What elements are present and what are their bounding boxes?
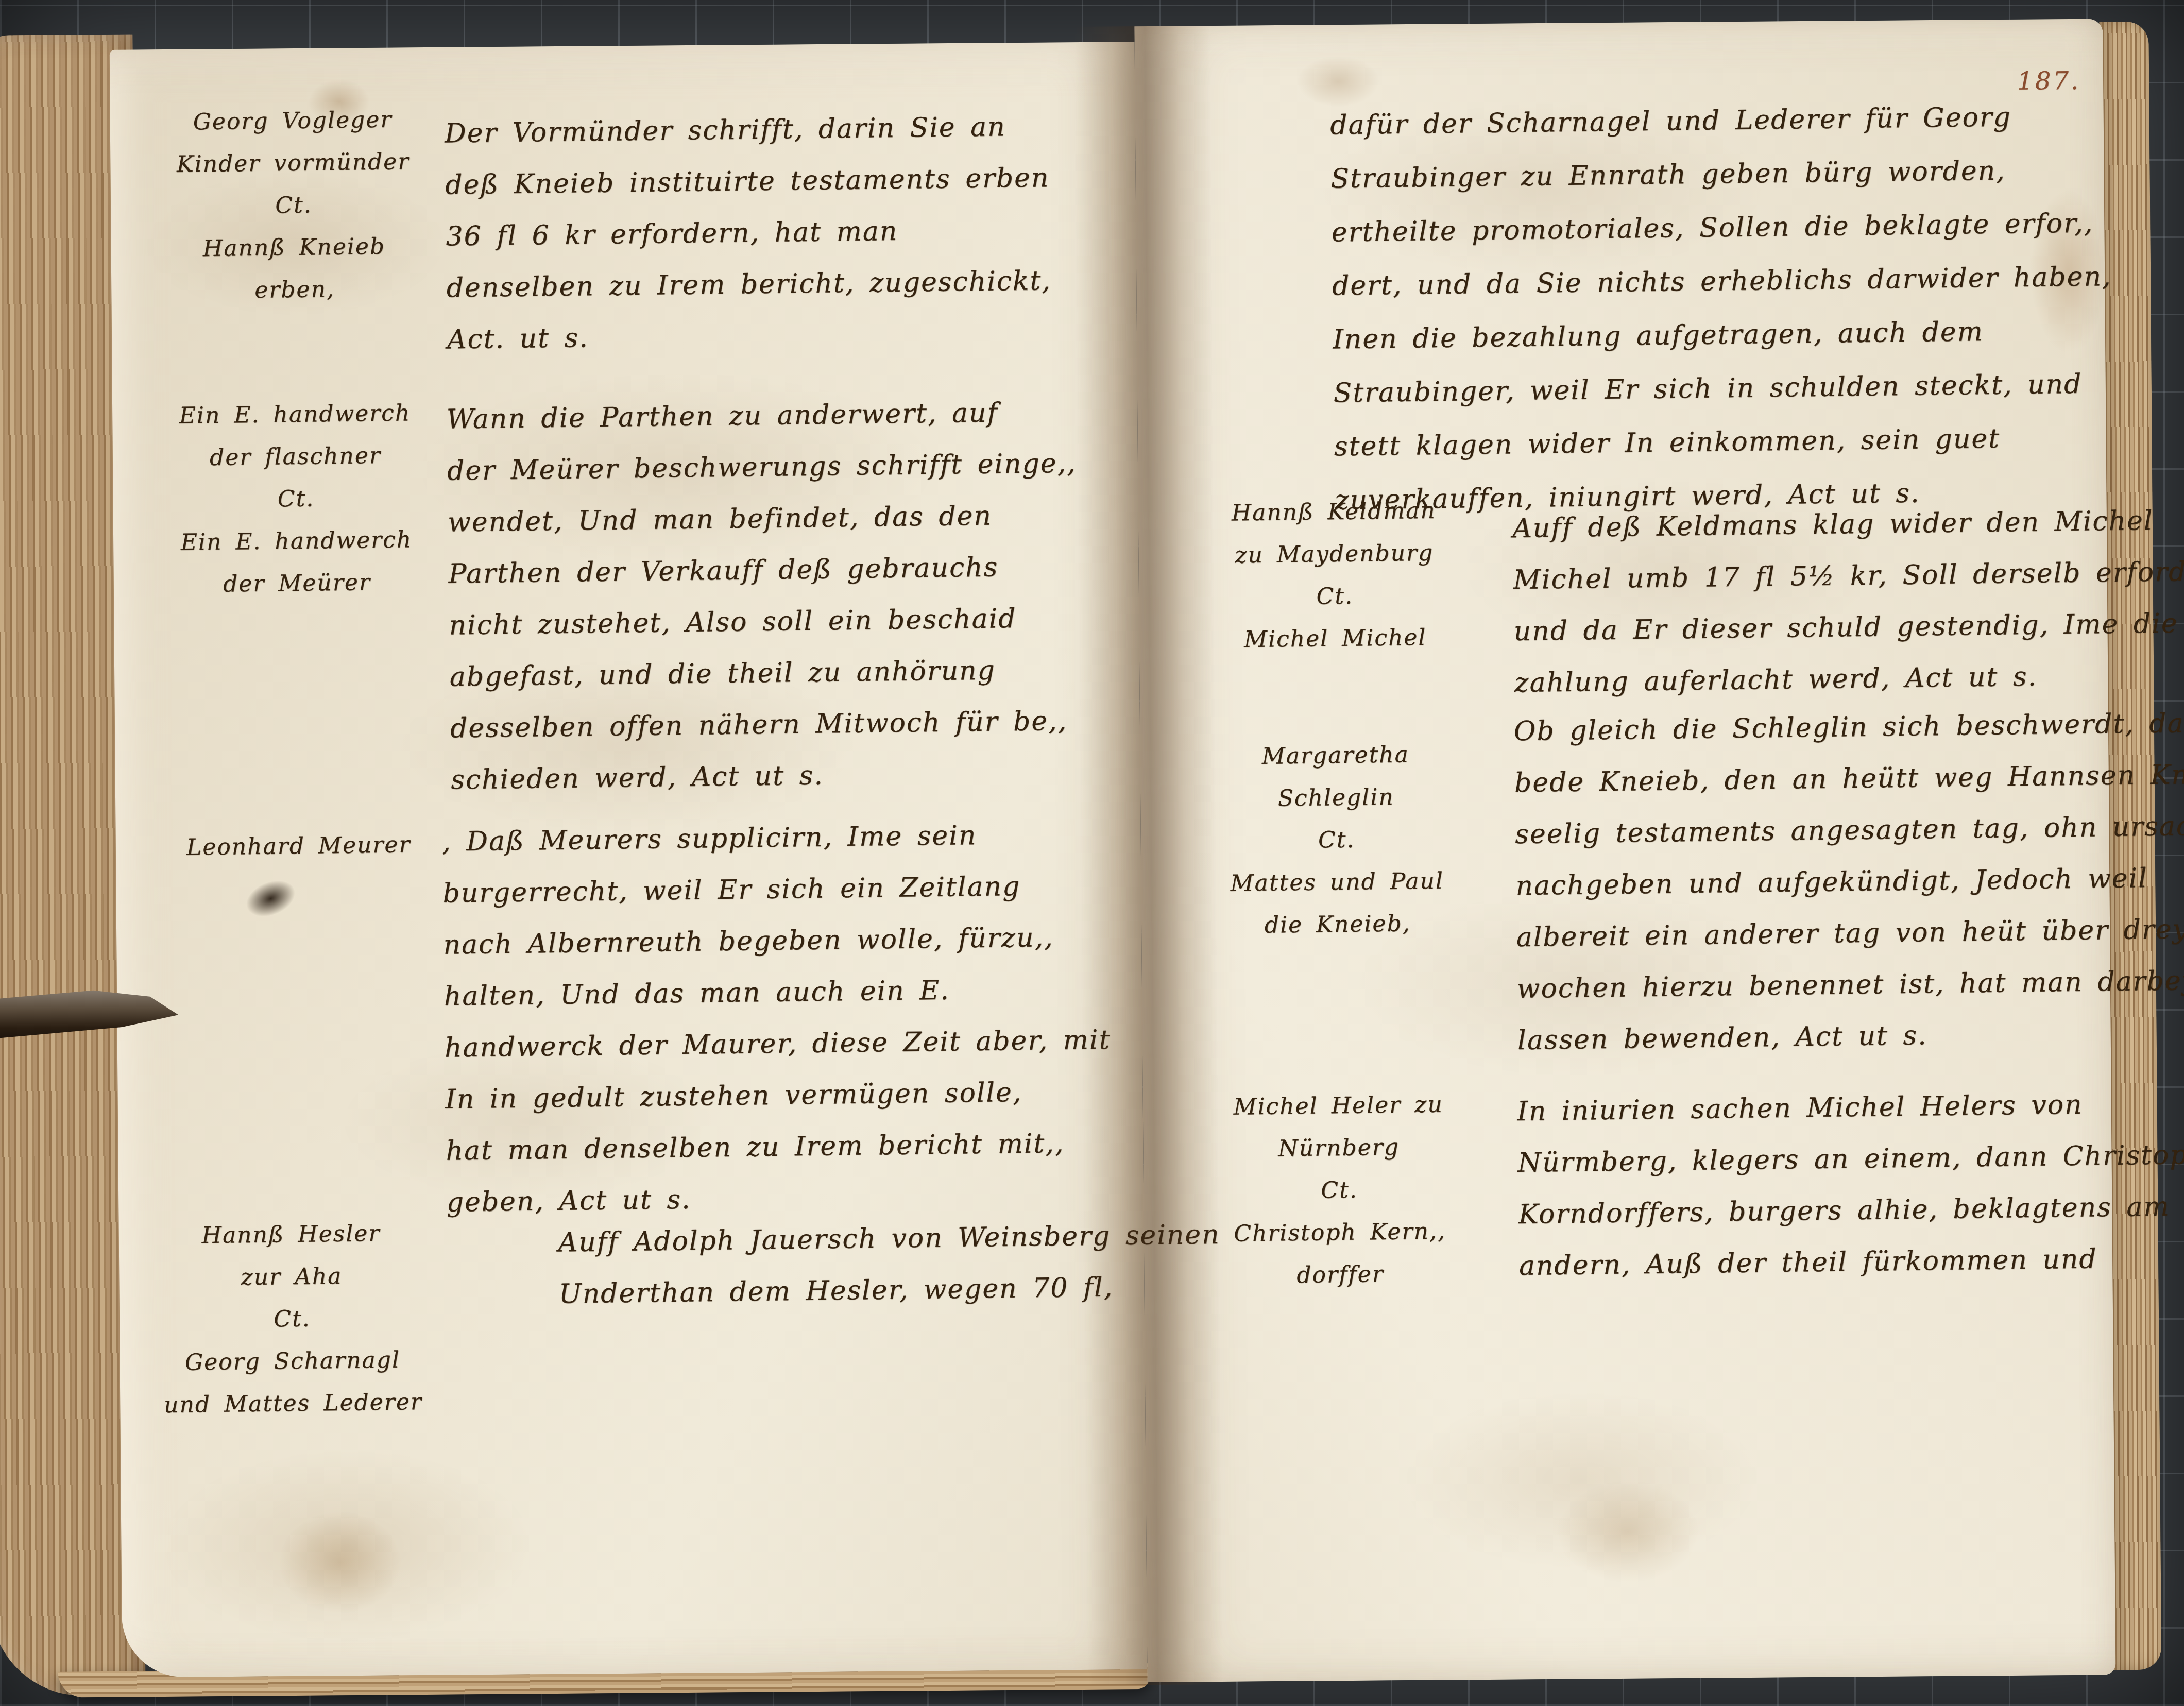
handwritten-line: wochen hierzu benennet ist, hat man darb… — [1516, 956, 2156, 1015]
handwritten-line: dafür der Scharnagel und Lederer für Geo… — [1330, 89, 2119, 152]
handwritten-line: Georg Vogleger — [133, 98, 453, 144]
handwritten-line: und da Er dieser schuld gestendig, Ime d… — [1513, 598, 2147, 657]
handwritten-line: Nürmberg, klegers an einem, dann Christo… — [1517, 1130, 2157, 1189]
handwritten-line: Auff Adolph Jauersch von Weinsberg seine… — [558, 1209, 1156, 1268]
entry-l4-body: Auff Adolph Jauersch von Weinsberg seine… — [558, 1209, 1156, 1320]
handwritten-line: und Mattes Lederer — [123, 1380, 464, 1427]
handwritten-line: erben, — [135, 267, 455, 313]
handwritten-line: dert, und da Sie nichts erheblichs darwi… — [1332, 250, 2120, 313]
entry-r3-body: Ob gleich die Schleglin sich beschwerdt,… — [1513, 698, 2156, 1066]
handwritten-line: In in gedult zustehen vermügen solle, — [445, 1065, 1131, 1125]
handwritten-line: ertheilte promotoriales, Sollen die bekl… — [1331, 196, 2120, 260]
entry-r3-margin-note: MargarethaSchleglinCt.Mattes und Pauldie… — [1165, 732, 1508, 948]
handwritten-line: deß Kneieb instituirte testaments erben — [445, 151, 1115, 211]
handwritten-line: Ob gleich die Schleglin sich beschwerdt,… — [1513, 698, 2153, 757]
open-book: 187. Georg VoglegerKinder vormünderCt.Ha… — [0, 18, 2184, 1696]
handwritten-line: nach Albernreuth begeben wolle, fürzu,, — [443, 911, 1129, 970]
handwritten-line: Nürnberg — [1158, 1125, 1520, 1172]
handwritten-line: 36 fl 6 kr erfordern, hat man — [446, 203, 1116, 263]
handwritten-line: andern, Auß der theil fürkommen und — [1518, 1233, 2158, 1292]
handwritten-line: Korndorffers, burgers alhie, beklagtens … — [1518, 1181, 2157, 1240]
handwritten-line: halten, Und das man auch ein E. — [443, 962, 1129, 1022]
handwritten-line: der Meürer — [137, 560, 457, 607]
handwritten-line: Michel Michel — [1165, 616, 1506, 662]
handwritten-line: nicht zustehet, Also soll ein beschaid — [449, 591, 1129, 651]
handwritten-line: Auff deß Keldmans klag wider den Michel — [1512, 495, 2146, 554]
entry-r4-margin-note: Michel Heler zuNürnbergCt.Christoph Kern… — [1158, 1083, 1521, 1299]
handwritten-line: , Daß Meurers supplicirn, Ime sein — [442, 808, 1128, 867]
handwritten-line: nachgeben und aufgekündigt, Jedoch weil — [1515, 852, 2155, 912]
handwritten-line: abgefast, und die theil zu anhörung — [449, 643, 1130, 703]
handwritten-line: Kinder vormünder — [133, 140, 453, 186]
handwritten-line: Straubinger, weil Er sich in schulden st… — [1333, 357, 2122, 420]
handwritten-line: Hannß Keldman — [1164, 489, 1504, 535]
handwritten-line: Ein E. handwerch — [135, 391, 455, 438]
entry-l3-margin-note: Leonhard Meurer — [118, 823, 479, 870]
handwritten-line: Michel umb 17 fl 5½ kr, Soll derselb erf… — [1513, 547, 2147, 606]
entry-l1-body: Der Vormünder schrifft, darin Sie andeß … — [444, 100, 1117, 366]
handwritten-line: Schleglin — [1166, 775, 1506, 821]
handwritten-line: Der Vormünder schrifft, darin Sie an — [444, 100, 1114, 160]
entry-l2-body: Wann die Parthen zu anderwert, aufder Me… — [446, 385, 1131, 806]
handwritten-line: burgerrecht, weil Er sich ein Zeitlang — [442, 859, 1128, 919]
handwritten-line: stett klagen wider In einkommen, sein gu… — [1334, 411, 2122, 474]
handwritten-line: handwerck der Maurer, diese Zeit aber, m… — [444, 1014, 1130, 1073]
handwritten-line: Hannß Kneieb — [134, 225, 454, 271]
entry-l1-margin-note: Georg VoglegerKinder vormünderCt.Hannß K… — [133, 98, 455, 313]
handwritten-line: Underthan dem Hesler, wegen 70 fl, — [558, 1261, 1156, 1320]
entry-r2-body: Auff deß Keldmans klag wider den MichelM… — [1512, 495, 2148, 709]
handwritten-line: Leonhard Meurer — [118, 823, 479, 870]
handwritten-line: Margaretha — [1165, 732, 1506, 779]
handwritten-line: Ein E. handwerch — [136, 518, 456, 565]
entry-r4-body: In iniurien sachen Michel Helers vonNürm… — [1517, 1078, 2158, 1292]
handwritten-line: Michel Heler zu — [1158, 1083, 1519, 1130]
handwritten-line: lassen bewenden, Act ut s. — [1517, 1007, 2157, 1066]
handwritten-line: Ct. — [1166, 817, 1507, 863]
handwritten-line: seelig testaments angesagten tag, ohn ur… — [1515, 801, 2154, 860]
handwritten-line: Hannß Hesler — [121, 1212, 462, 1258]
handwritten-line: Ct. — [1159, 1167, 1520, 1214]
handwritten-line: Ct. — [122, 1296, 463, 1342]
entry-l3-body: , Daß Meurers supplicirn, Ime seinburger… — [442, 808, 1132, 1228]
handwritten-line: In iniurien sachen Michel Helers von — [1517, 1078, 2156, 1137]
handwritten-line: der Meürer beschwerungs schrifft einge,, — [447, 437, 1127, 497]
entry-l2-margin-note: Ein E. handwerchder flaschnerCt.Ein E. h… — [135, 391, 457, 607]
handwritten-line: Ct. — [1165, 573, 1505, 620]
handwritten-line: hat man denselben zu Irem bericht mit,, — [446, 1117, 1131, 1176]
handwritten-line: Wann die Parthen zu anderwert, auf — [446, 385, 1127, 445]
entry-r1-body: dafür der Scharnagel und Lederer für Geo… — [1330, 89, 2123, 527]
handwritten-line: Inen die bezahlung aufgetragen, auch dem — [1333, 303, 2121, 367]
handwritten-line: zu Maydenburg — [1164, 531, 1505, 577]
handwritten-line: Ct. — [136, 476, 456, 522]
manuscript-photo: 187. Georg VoglegerKinder vormünderCt.Ha… — [0, 0, 2184, 1706]
handwritten-line: desselben offen nähern Mitwoch für be,, — [450, 694, 1130, 754]
handwritten-line: dorffer — [1160, 1252, 1521, 1299]
handwritten-line: bede Kneieb, den an heütt weg Hannsen Kn… — [1514, 749, 2153, 809]
handwritten-line: der flaschner — [135, 434, 455, 480]
handwritten-line: Straubinger zu Ennrath geben bürg worden… — [1330, 143, 2119, 206]
handwritten-line: die Kneieb, — [1167, 901, 1508, 948]
handwritten-line: Act. ut s. — [447, 306, 1117, 366]
handwritten-line: denselben zu Irem bericht, zugeschickt, — [446, 254, 1116, 314]
handwritten-line: Ct. — [134, 182, 454, 229]
handwritten-line: Mattes und Paul — [1167, 859, 1507, 906]
handwritten-line: wendet, Und man befindet, das den — [448, 488, 1128, 548]
handwritten-line: schieden werd, Act ut s. — [451, 746, 1131, 806]
handwritten-line: Parthen der Verkauff deß gebrauchs — [448, 540, 1129, 600]
handwritten-line: albereit ein anderer tag von heüt über d… — [1516, 904, 2155, 963]
handwritten-line: Georg Scharnagl — [123, 1338, 463, 1385]
entry-l4-margin-note: Hannß Heslerzur AhaCt.Georg Scharnaglund… — [121, 1212, 464, 1427]
handwritten-line: Christoph Kern,, — [1159, 1209, 1521, 1256]
entry-r2-margin-note: Hannß Keldmanzu MaydenburgCt.Michel Mich… — [1164, 489, 1506, 662]
handwritten-line: zur Aha — [122, 1254, 462, 1300]
